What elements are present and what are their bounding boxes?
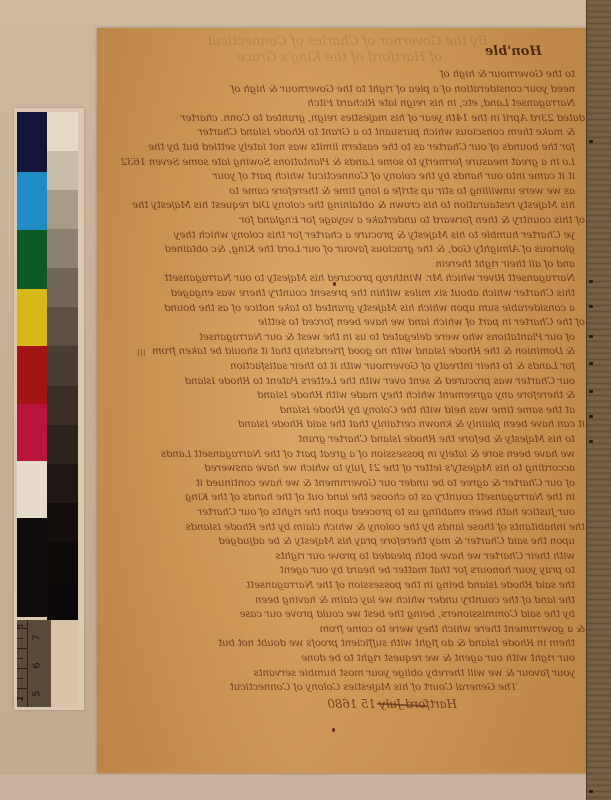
handwritten-line: we have been sore & lately in possession… bbox=[105, 450, 575, 460]
gray-step bbox=[47, 268, 78, 308]
color-patch-navy bbox=[17, 112, 47, 172]
handwritten-line: The General Court of his Majesties Colon… bbox=[217, 683, 517, 693]
ruler-baseline bbox=[27, 620, 28, 707]
binding-stitch bbox=[589, 440, 593, 443]
binding-stitch bbox=[589, 305, 593, 308]
color-patch-magenta bbox=[17, 404, 47, 461]
handwritten-line: and of all their right therein bbox=[105, 260, 575, 270]
handwritten-line: & Dominion & the Rhode Island with no go… bbox=[105, 347, 575, 357]
handwritten-line: of our Charter & agree to be under our G… bbox=[105, 479, 575, 489]
color-patch-yellow bbox=[17, 289, 47, 346]
handwritten-line: the inhabitants of those lands by the co… bbox=[115, 523, 585, 533]
handwritten-line: glorious of Almighty God, & the gracious… bbox=[105, 245, 575, 255]
handwritten-line: of this country & then forward to undert… bbox=[115, 216, 585, 226]
handwritten-line: Lo in a great measure formerly to some L… bbox=[105, 158, 575, 168]
handwritten-line: to his Majesty & before the Rhode Island… bbox=[105, 435, 575, 445]
binding-stitch bbox=[589, 280, 593, 283]
handwritten-line: by the said Commissioners, being the bes… bbox=[105, 610, 575, 620]
handwritten-line: to pray your honours for that matter be … bbox=[105, 566, 575, 576]
handwritten-line: this Charter which about six miles withi… bbox=[105, 289, 575, 299]
binding-stitch bbox=[589, 362, 593, 365]
ruler-tick bbox=[17, 678, 23, 679]
handwritten-line: our Justice hath been enabling us to pro… bbox=[105, 508, 575, 518]
scale-ruler: 7 6 5 3 2 bbox=[17, 620, 51, 707]
folio-mark: III bbox=[137, 348, 146, 359]
handwritten-line: our right with our agent & we request ri… bbox=[105, 654, 575, 664]
gray-step bbox=[47, 346, 78, 386]
ruler-blank-panel bbox=[51, 620, 78, 707]
handwritten-line: Narragansett River which Mr. Winthrop pr… bbox=[105, 274, 575, 284]
handwritten-line: as we were unwilling to stir up strife a… bbox=[105, 187, 575, 197]
gray-step bbox=[47, 151, 78, 191]
binding-stitch bbox=[589, 790, 593, 793]
handwritten-line: according to his Majesty's letter of the… bbox=[105, 464, 575, 474]
handwritten-line: to the Governour & high of bbox=[105, 70, 575, 80]
handwritten-line: of our Plantations who were delegated to… bbox=[105, 333, 575, 343]
handwritten-line: at the same time was held with the Colon… bbox=[105, 406, 575, 416]
binding-stitch bbox=[589, 390, 593, 393]
handwritten-line: a considerable sum upon which his Majest… bbox=[105, 304, 575, 314]
handwritten-line: of the Charter in part of which land we … bbox=[115, 318, 585, 328]
color-calibration-chart: 7 6 5 3 2 bbox=[14, 108, 84, 710]
bleed-through-text: By the Governor of Charles of Connecticu… bbox=[207, 34, 488, 49]
handwritten-line: & a government there which they were to … bbox=[115, 625, 585, 635]
handwritten-line: with their Charter we have both pleaded … bbox=[105, 552, 575, 562]
ruler-tick bbox=[17, 668, 27, 669]
gray-step bbox=[47, 581, 78, 621]
ruler-sub-label: 3 bbox=[16, 624, 25, 629]
gray-step bbox=[47, 503, 78, 543]
gray-step bbox=[47, 229, 78, 269]
gray-step bbox=[47, 542, 78, 582]
salutation-heading: Hon'ble bbox=[485, 44, 542, 59]
handwritten-line: your favour & we will thereby oblige you… bbox=[105, 669, 575, 679]
handwritten-line: Narraganset Land, etc, in his reign late… bbox=[105, 99, 575, 109]
ruler-tick bbox=[17, 648, 27, 649]
handwritten-line: his Majesty restauration to his crown & … bbox=[105, 201, 575, 211]
bleed-through-text: of Hartford of the King's Grace bbox=[237, 50, 442, 65]
manuscript-page: By the Governor of Charles of Connecticu… bbox=[97, 28, 589, 773]
ink-blot bbox=[332, 728, 335, 732]
binding-stitch bbox=[589, 335, 593, 338]
ruler-tick bbox=[17, 638, 23, 639]
handwritten-line: the said Rhode Island being in the posse… bbox=[105, 581, 575, 591]
color-patch-black bbox=[17, 518, 47, 617]
handwritten-line: it can have been plainly & known certain… bbox=[115, 420, 585, 430]
ruler-label: 6 bbox=[32, 662, 43, 668]
handwritten-line: & therefore any agreement which they mad… bbox=[105, 391, 575, 401]
gray-step bbox=[47, 386, 78, 426]
handwritten-line: ye Charter humble to his Majesty & procu… bbox=[105, 231, 575, 241]
color-patch-red bbox=[17, 346, 47, 404]
handwritten-line: them in Rhode Island & do fight with suf… bbox=[105, 639, 575, 649]
handwritten-line: for Lands & to their intreaty of Governo… bbox=[105, 362, 575, 372]
gray-step bbox=[47, 425, 78, 465]
handwritten-line: need your consideration of a plea of rig… bbox=[105, 85, 575, 95]
ruler-label: 5 bbox=[32, 690, 43, 696]
binding-strip bbox=[586, 0, 611, 800]
handwritten-line: for the bounds of our Charter as to the … bbox=[105, 143, 575, 153]
ruler-sub-label: 2 bbox=[16, 696, 25, 701]
handwritten-line: our Charter was procured & sent over wit… bbox=[105, 377, 575, 387]
gray-step bbox=[47, 112, 78, 152]
ruler-label: 7 bbox=[32, 634, 43, 640]
handwritten-line: & make them conscious which pursuant to … bbox=[105, 128, 575, 138]
color-patch-white bbox=[17, 461, 47, 518]
handwritten-line: the land of the country under which we l… bbox=[105, 596, 575, 606]
color-patch-green bbox=[17, 230, 47, 289]
photo-bottom-margin bbox=[0, 775, 586, 800]
ink-blot bbox=[333, 282, 336, 286]
handwritten-line: upon the said Charter & may therefore pr… bbox=[105, 537, 575, 547]
binding-stitch bbox=[589, 415, 593, 418]
color-patch-cyan bbox=[17, 172, 47, 230]
handwritten-line: dated 23rd April in the 14th year of his… bbox=[115, 114, 585, 124]
handwritten-line: in the Narragansett country as to choose… bbox=[105, 493, 575, 503]
gray-step bbox=[47, 190, 78, 230]
handwritten-line: it it came into our hands by the colony … bbox=[105, 172, 575, 182]
gray-step bbox=[47, 464, 78, 504]
gray-step bbox=[47, 307, 78, 347]
ruler-tick bbox=[17, 658, 23, 659]
binding-stitch bbox=[589, 140, 593, 143]
ruler-tick bbox=[17, 688, 27, 689]
